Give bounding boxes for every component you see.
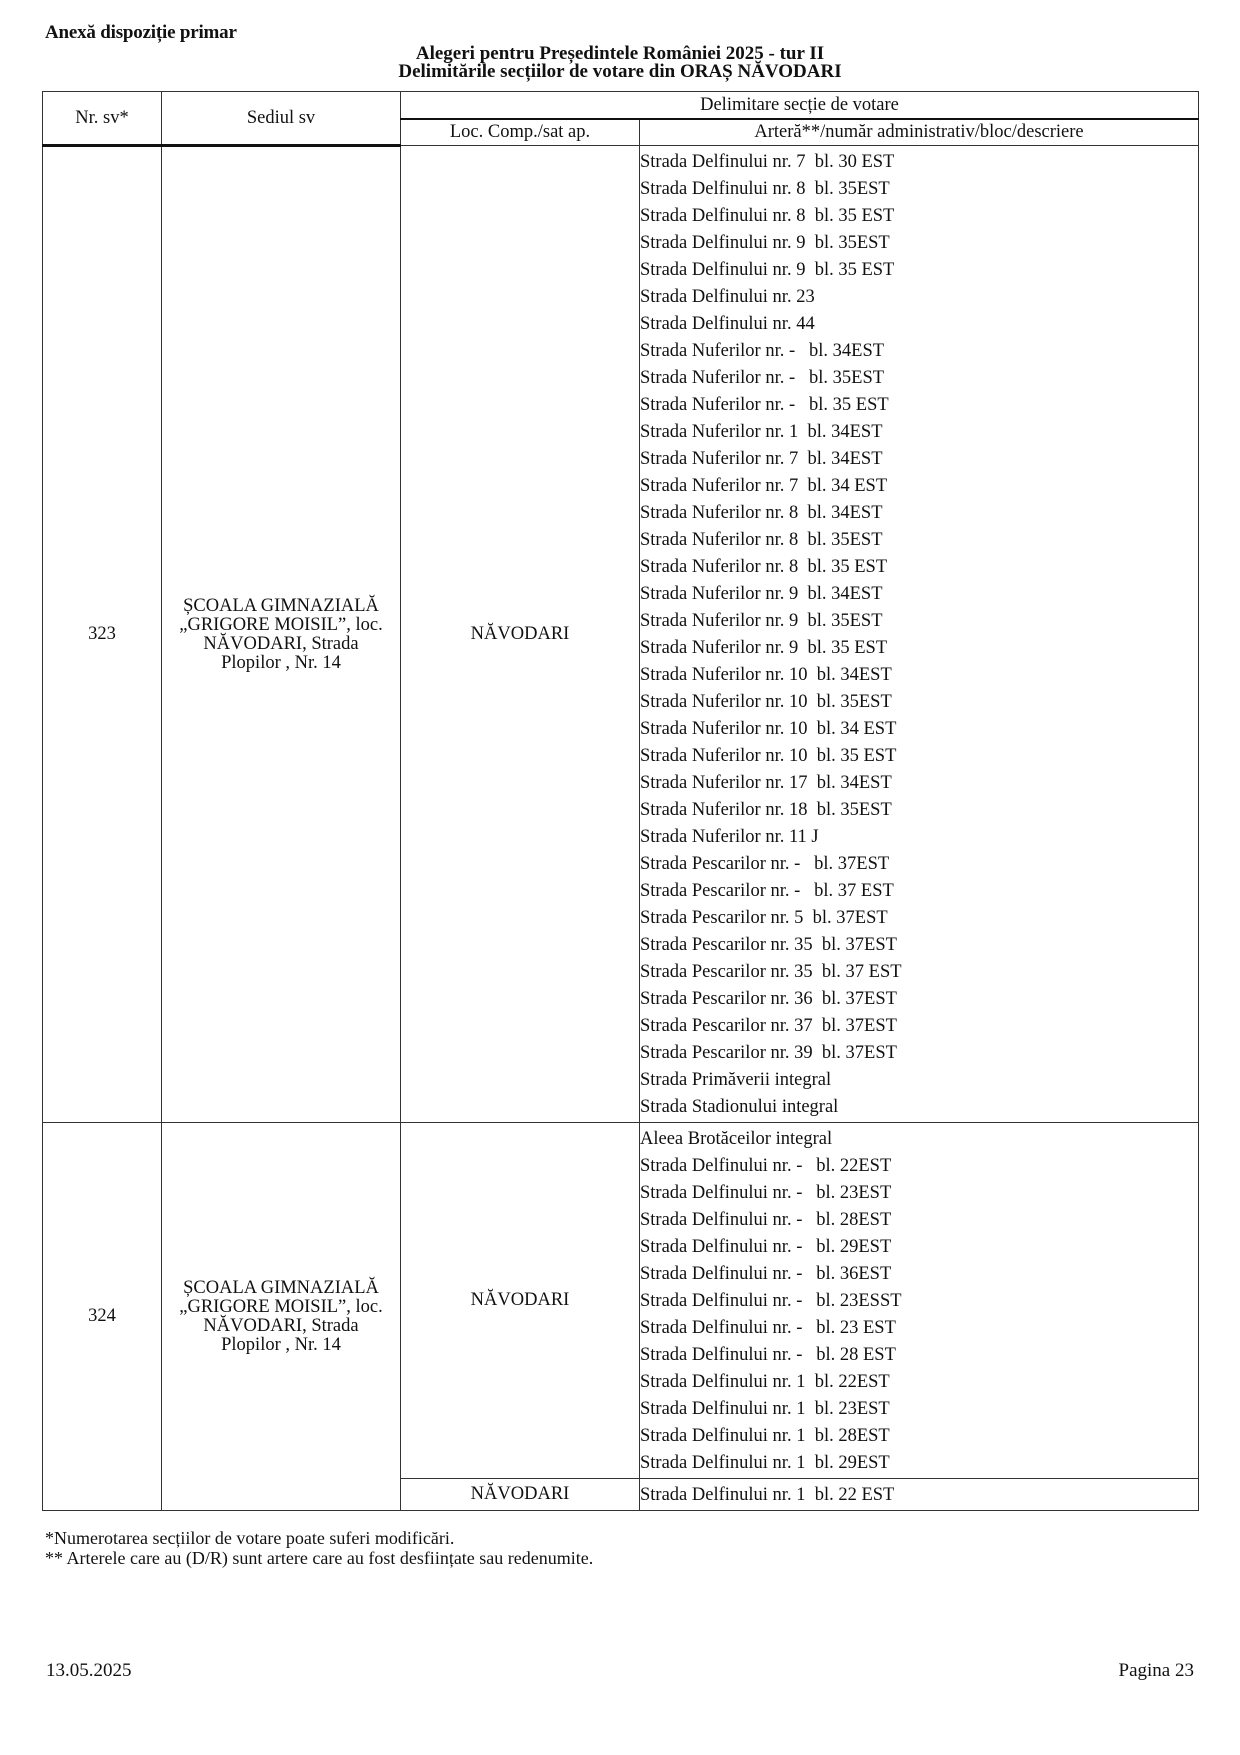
street-item: Strada Delfinului nr. - bl. 22EST bbox=[640, 1153, 1198, 1180]
footnote-numbering: *Numerotarea secțiilor de votare poate s… bbox=[45, 1528, 454, 1548]
street-item: Strada Nuferilor nr. 8 bl. 35EST bbox=[640, 527, 1198, 554]
footnote-renamed-streets: ** Arterele care au (D/R) sunt artere ca… bbox=[45, 1548, 593, 1568]
street-item: Strada Delfinului nr. 1 bl. 29EST bbox=[640, 1450, 1198, 1477]
annex-label: Anexă dispoziție primar bbox=[45, 22, 237, 44]
street-item: Strada Nuferilor nr. 1 bl. 34EST bbox=[640, 419, 1198, 446]
street-item: Strada Delfinului nr. - bl. 29EST bbox=[640, 1234, 1198, 1261]
street-item: Strada Pescarilor nr. 36 bl. 37EST bbox=[640, 986, 1198, 1013]
street-item: Strada Nuferilor nr. 7 bl. 34EST bbox=[640, 446, 1198, 473]
street-item: Strada Pescarilor nr. 35 bl. 37 EST bbox=[640, 959, 1198, 986]
address-line: „GRIGORE MOISIL”, loc. bbox=[162, 1298, 400, 1317]
table-row: 324ȘCOALA GIMNAZIALĂ„GRIGORE MOISIL”, lo… bbox=[43, 1123, 1199, 1479]
header-sediul-sv: Sediul sv bbox=[162, 92, 401, 146]
street-item: Strada Pescarilor nr. 35 bl. 37EST bbox=[640, 932, 1198, 959]
address-line: ȘCOALA GIMNAZIALĂ bbox=[162, 597, 400, 616]
street-item: Strada Delfinului nr. 7 bl. 30 EST bbox=[640, 149, 1198, 176]
header-delimitare: Delimitare secție de votare bbox=[401, 92, 1199, 120]
street-item: Strada Delfinului nr. 9 bl. 35 EST bbox=[640, 257, 1198, 284]
address-line: ȘCOALA GIMNAZIALĂ bbox=[162, 1279, 400, 1298]
street-item: Strada Delfinului nr. 9 bl. 35EST bbox=[640, 230, 1198, 257]
locality: NĂVODARI bbox=[401, 1479, 640, 1511]
street-item: Aleea Brotăceilor integral bbox=[640, 1126, 1198, 1153]
address-line: Plopilor , Nr. 14 bbox=[162, 654, 400, 673]
street-item: Strada Delfinului nr. 44 bbox=[640, 311, 1198, 338]
street-item: Strada Delfinului nr. - bl. 23EST bbox=[640, 1180, 1198, 1207]
polling-stations-table: Nr. sv* Sediul sv Delimitare secție de v… bbox=[42, 91, 1199, 1511]
street-item: Strada Delfinului nr. 1 bl. 22EST bbox=[640, 1369, 1198, 1396]
table-row: 323ȘCOALA GIMNAZIALĂ„GRIGORE MOISIL”, lo… bbox=[43, 146, 1199, 1123]
locality: NĂVODARI bbox=[401, 146, 640, 1123]
street-item: Strada Stadionului integral bbox=[640, 1094, 1198, 1121]
header-loc: Loc. Comp./sat ap. bbox=[401, 119, 640, 146]
street-item: Strada Nuferilor nr. 9 bl. 34EST bbox=[640, 581, 1198, 608]
street-item: Strada Nuferilor nr. 10 bl. 35EST bbox=[640, 689, 1198, 716]
street-item: Strada Pescarilor nr. 39 bl. 37EST bbox=[640, 1040, 1198, 1067]
street-item: Strada Nuferilor nr. 11 J bbox=[640, 824, 1198, 851]
footer-page-number: Pagina 23 bbox=[1119, 1660, 1194, 1682]
street-item: Strada Nuferilor nr. 10 bl. 34 EST bbox=[640, 716, 1198, 743]
street-item: Strada Nuferilor nr. 10 bl. 35 EST bbox=[640, 743, 1198, 770]
street-item: Strada Pescarilor nr. 37 bl. 37EST bbox=[640, 1013, 1198, 1040]
station-address: ȘCOALA GIMNAZIALĂ„GRIGORE MOISIL”, loc.N… bbox=[162, 1123, 401, 1511]
street-item: Strada Delfinului nr. - bl. 36EST bbox=[640, 1261, 1198, 1288]
address-line: „GRIGORE MOISIL”, loc. bbox=[162, 616, 400, 635]
street-item: Strada Pescarilor nr. 5 bl. 37EST bbox=[640, 905, 1198, 932]
street-item: Strada Delfinului nr. - bl. 23 EST bbox=[640, 1315, 1198, 1342]
station-number: 324 bbox=[43, 1123, 162, 1511]
header-artera: Arteră**/număr administrativ/bloc/descri… bbox=[640, 119, 1199, 146]
street-list: Strada Delfinului nr. 7 bl. 30 ESTStrada… bbox=[640, 146, 1199, 1123]
document-subtitle: Delimitările secțiilor de votare din ORA… bbox=[0, 64, 1240, 80]
street-item: Strada Delfinului nr. 8 bl. 35 EST bbox=[640, 203, 1198, 230]
street-item: Strada Nuferilor nr. - bl. 35EST bbox=[640, 365, 1198, 392]
street-item: Strada Delfinului nr. - bl. 28EST bbox=[640, 1207, 1198, 1234]
street-list: Strada Delfinului nr. 1 bl. 22 EST bbox=[640, 1479, 1199, 1511]
street-item: Strada Nuferilor nr. 10 bl. 34EST bbox=[640, 662, 1198, 689]
station-number: 323 bbox=[43, 146, 162, 1123]
street-item: Strada Delfinului nr. 1 bl. 22 EST bbox=[640, 1482, 1198, 1509]
street-item: Strada Nuferilor nr. 8 bl. 34EST bbox=[640, 500, 1198, 527]
station-address: ȘCOALA GIMNAZIALĂ„GRIGORE MOISIL”, loc.N… bbox=[162, 146, 401, 1123]
street-item: Strada Nuferilor nr. - bl. 34EST bbox=[640, 338, 1198, 365]
street-item: Strada Delfinului nr. 1 bl. 28EST bbox=[640, 1423, 1198, 1450]
street-item: Strada Delfinului nr. 23 bbox=[640, 284, 1198, 311]
street-item: Strada Pescarilor nr. - bl. 37 EST bbox=[640, 878, 1198, 905]
street-item: Strada Nuferilor nr. 17 bl. 34EST bbox=[640, 770, 1198, 797]
street-item: Strada Nuferilor nr. 18 bl. 35EST bbox=[640, 797, 1198, 824]
street-item: Strada Delfinului nr. 1 bl. 23EST bbox=[640, 1396, 1198, 1423]
address-line: NĂVODARI, Strada bbox=[162, 635, 400, 654]
street-item: Strada Delfinului nr. - bl. 23ESST bbox=[640, 1288, 1198, 1315]
street-item: Strada Nuferilor nr. 7 bl. 34 EST bbox=[640, 473, 1198, 500]
street-list: Aleea Brotăceilor integralStrada Delfinu… bbox=[640, 1123, 1199, 1479]
street-item: Strada Nuferilor nr. - bl. 35 EST bbox=[640, 392, 1198, 419]
street-item: Strada Delfinului nr. 8 bl. 35EST bbox=[640, 176, 1198, 203]
street-item: Strada Delfinului nr. - bl. 28 EST bbox=[640, 1342, 1198, 1369]
header-nr-sv: Nr. sv* bbox=[43, 92, 162, 146]
footer-date: 13.05.2025 bbox=[46, 1660, 132, 1682]
street-item: Strada Primăverii integral bbox=[640, 1067, 1198, 1094]
street-item: Strada Nuferilor nr. 9 bl. 35 EST bbox=[640, 635, 1198, 662]
street-item: Strada Pescarilor nr. - bl. 37EST bbox=[640, 851, 1198, 878]
street-item: Strada Nuferilor nr. 8 bl. 35 EST bbox=[640, 554, 1198, 581]
locality: NĂVODARI bbox=[401, 1123, 640, 1479]
address-line: NĂVODARI, Strada bbox=[162, 1317, 400, 1336]
document-title: Alegeri pentru Președintele României 202… bbox=[0, 46, 1240, 62]
address-line: Plopilor , Nr. 14 bbox=[162, 1336, 400, 1355]
street-item: Strada Nuferilor nr. 9 bl. 35EST bbox=[640, 608, 1198, 635]
